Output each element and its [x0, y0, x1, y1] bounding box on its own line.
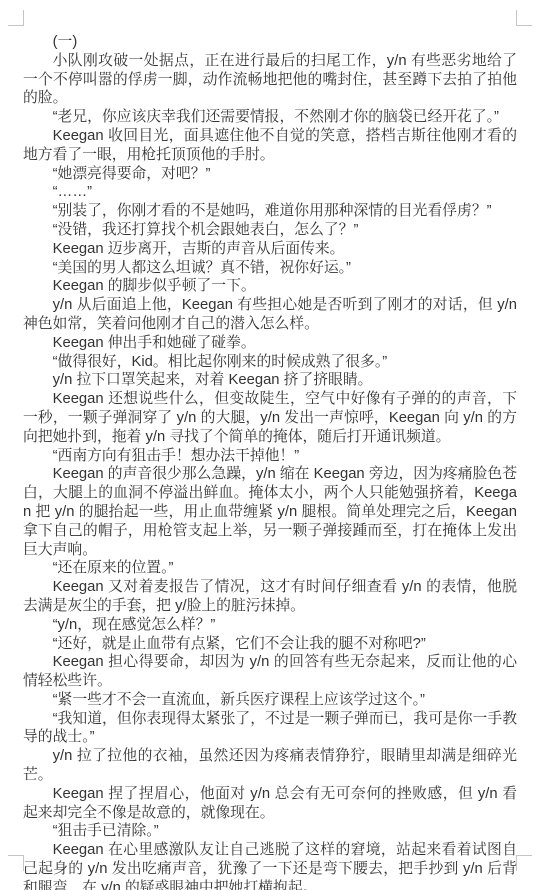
text-boundary-mark-top-right [516, 10, 532, 26]
text-boundary-mark-bottom-right [516, 855, 532, 871]
paragraph: “老兄，你应该庆幸我们还需要情报，不然刚才你的脑袋已经开花了。” [23, 108, 517, 127]
paragraph: “别装了，你刚才看的不是她吗，难道你用那种深情的目光看俘虏？” [23, 202, 517, 221]
paragraph: Keegan 捏了捏眉心，他面对 y/n 总会有无可奈何的挫败感，但 y/n 看… [23, 785, 517, 823]
paragraph: y/n 拉下口罩笑起来，对着 Keegan 挤了挤眼睛。 [23, 371, 517, 390]
paragraph: “美国的男人都这么坦诚？真不错，祝你好运。” [23, 259, 517, 278]
section-marker: (一) [23, 33, 517, 52]
paragraph: y/n 拉了拉他的衣袖，虽然还因为疼痛表情狰狞，眼睛里却满是细碎光芒。 [23, 747, 517, 785]
paragraph: Keegan 的脚步似乎顿了一下。 [23, 277, 517, 296]
paragraph: “做得很好，Kid。相比起你刚来的时候成熟了很多。” [23, 353, 517, 372]
paragraph: “我知道，但你表现得太紧张了，不过是一颗子弹而已，我可是你一手教导的战士。” [23, 710, 517, 748]
paragraph: Keegan 在心里感激队友让自己逃脱了这样的窘境，站起来看着试图自己起身的 y… [23, 841, 517, 890]
paragraph: “狙击手已清除。” [23, 822, 517, 841]
paragraph: “……” [23, 183, 517, 202]
paragraph: “她漂亮得要命，对吧？” [23, 165, 517, 184]
paragraph: Keegan 收回目光，面具遮住他不自觉的笑意，搭档吉斯往他刚才看的地方看了一眼… [23, 127, 517, 165]
paragraph: Keegan 的声音很少那么急躁，y/n 缩在 Keegan 旁边，因为疼痛脸色… [23, 465, 517, 559]
paragraph: Keegan 伸出手和她碰了碰拳。 [23, 334, 517, 353]
paragraph: “还好，就是止血带有点紧，它们不会让我的腿不对称吧?” [23, 635, 517, 654]
text-boundary-mark-top-left [8, 10, 24, 26]
paragraph: “y/n，现在感觉怎么样？” [23, 616, 517, 635]
paragraph: y/n 从后面追上他，Keegan 有些担心她是否听到了刚才的对话，但 y/n … [23, 296, 517, 334]
paragraph: Keegan 担心得要命，却因为 y/n 的回答有些无奈起来，反而让他的心情轻松… [23, 653, 517, 691]
paragraph: “西南方向有狙击手！想办法干掉他！” [23, 447, 517, 466]
paragraph: “紧一些才不会一直流血，新兵医疗课程上应该学过这个。” [23, 691, 517, 710]
document-page: (一)小队刚攻破一处据点，正在进行最后的扫尾工作，y/n 有些恶劣地给了一个不停… [0, 0, 540, 890]
text-boundary-mark-bottom-left [8, 855, 24, 871]
paragraph: 小队刚攻破一处据点，正在进行最后的扫尾工作，y/n 有些恶劣地给了一个不停叫嚣的… [23, 52, 517, 108]
paragraph: Keegan 又对着麦报告了情况，这才有时间仔细查看 y/n 的表情，他脱去满是… [23, 578, 517, 616]
paragraph: Keegan 迈步离开，吉斯的声音从后面传来。 [23, 240, 517, 259]
document-body: (一)小队刚攻破一处据点，正在进行最后的扫尾工作，y/n 有些恶劣地给了一个不停… [23, 33, 517, 890]
paragraph: “没错，我还打算找个机会跟她表白，怎么了？” [23, 221, 517, 240]
paragraph: “还在原来的位置。” [23, 559, 517, 578]
paragraph: Keegan 还想说些什么，但变故陡生，空气中好像有子弹的的声音，下一秒，一颗子… [23, 390, 517, 446]
